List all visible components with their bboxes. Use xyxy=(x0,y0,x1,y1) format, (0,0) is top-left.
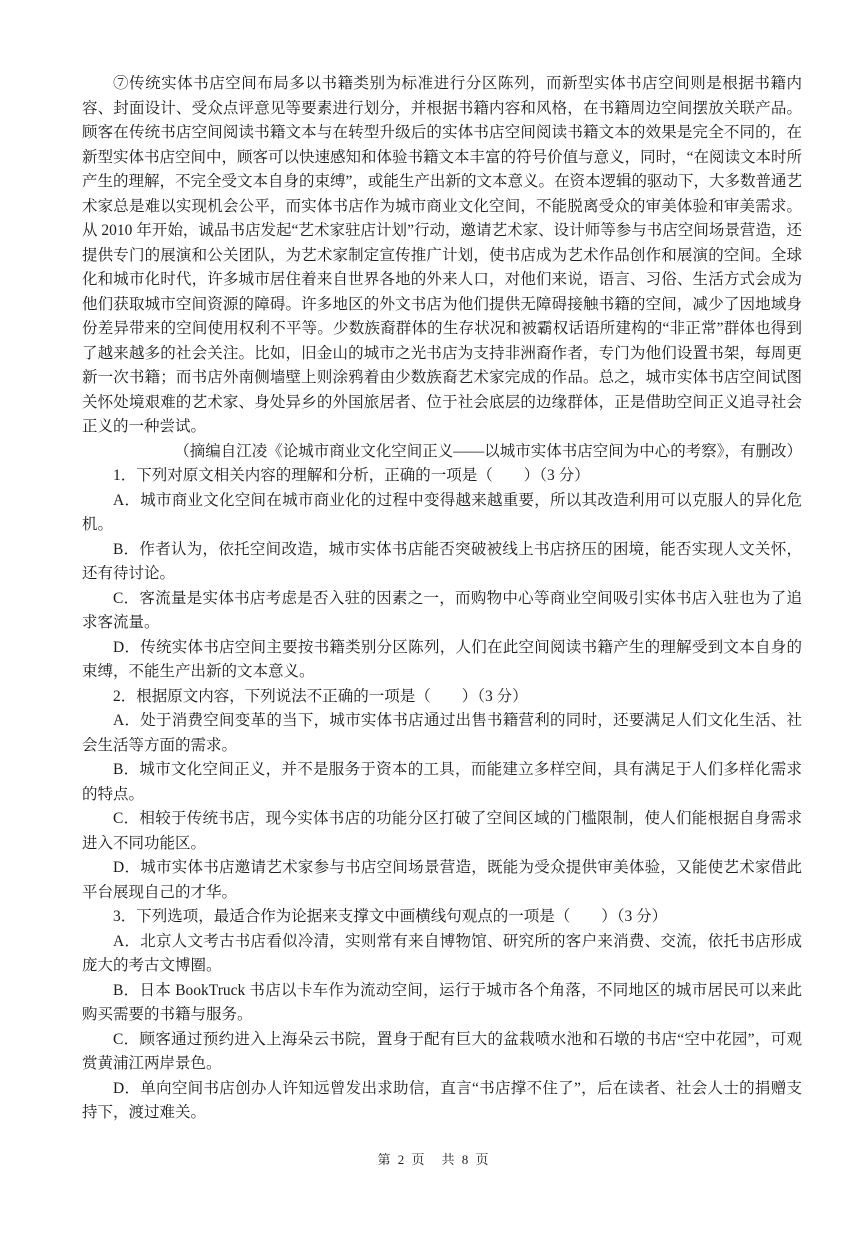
page-content: ⑦传统实体书店空间布局多以书籍类别为标准进行分区陈列，而新型实体书店空间则是根据… xyxy=(82,72,802,1126)
question-2-option-b: B．城市文化空间正义，并不是服务于资本的工具，而能建立多样空间，具有满足于人们多… xyxy=(82,758,802,807)
question-3-option-d-label: D． xyxy=(113,1080,140,1097)
question-3-option-b-label: B． xyxy=(113,982,139,999)
question-3-option-d: D．单向空间书店创办人许知远曾发出求助信，直言“书店撑不住了”，后在读者、社会人… xyxy=(82,1077,802,1126)
question-2-option-c-text: 相较于传统书店，现今实体书店的功能分区打破了空间区域的门槛限制，使人们能根据自身… xyxy=(82,810,802,852)
question-3-option-a-text: 北京人文考古书店看似冷清，实则常有来自博物馆、研究所的客户来消费、交流，依托书店… xyxy=(82,933,802,975)
question-3-option-b: B．日本 BookTruck 书店以卡车作为流动空间，运行于城市各个角落，不同地… xyxy=(82,979,802,1028)
question-3-option-d-text: 单向空间书店创办人许知远曾发出求助信，直言“书店撑不住了”，后在读者、社会人士的… xyxy=(82,1080,802,1122)
passage-citation: （摘编自江凌《论城市商业文化空间正义——以城市实体书店空间为中心的考察》，有删改… xyxy=(82,440,802,465)
question-3-number: 3． xyxy=(113,908,136,925)
question-2-option-a: A．处于消费空间变革的当下，城市实体书店通过出售书籍营利的同时，还要满足人们文化… xyxy=(82,709,802,758)
question-1-option-b-text: 作者认为，依托空间改造，城市实体书店能否突破被线上书店挤压的困境，能否实现人文关… xyxy=(82,541,802,583)
question-2-option-c: C．相较于传统书店，现今实体书店的功能分区打破了空间区域的门槛限制，使人们能根据… xyxy=(82,807,802,856)
question-2-option-c-label: C． xyxy=(113,810,139,827)
question-2-option-d: D．城市实体书店邀请艺术家参与书店空间场景营造，既能为受众提供审美体验，又能使艺… xyxy=(82,856,802,905)
question-3-text: 下列选项，最适合作为论据来支撑文中画横线句观点的一项是（ ）（3 分） xyxy=(136,908,667,925)
question-1-stem: 1．下列对原文相关内容的理解和分析，正确的一项是（ ）（3 分） xyxy=(82,464,802,489)
page-footer: 第 2 页 共 8 页 xyxy=(0,1150,868,1170)
question-1-option-a-text: 城市商业文化空间在城市商业化的过程中变得越来越重要，所以其改造利用可以克服人的异… xyxy=(82,492,802,534)
question-2-option-d-label: D． xyxy=(113,859,140,876)
question-1-option-c-text: 客流量是实体书店考虑是否入驻的因素之一，而购物中心等商业空间吸引实体书店入驻也为… xyxy=(82,590,802,632)
question-1-number: 1． xyxy=(113,467,136,484)
question-1-option-c: C．客流量是实体书店考虑是否入驻的因素之一，而购物中心等商业空间吸引实体书店入驻… xyxy=(82,587,802,636)
question-3-option-b-text: 日本 BookTruck 书店以卡车作为流动空间，运行于城市各个角落，不同地区的… xyxy=(82,982,802,1024)
question-1-text: 下列对原文相关内容的理解和分析，正确的一项是（ ）（3 分） xyxy=(136,467,589,484)
question-1-option-a-label: A． xyxy=(113,492,140,509)
question-2-option-a-text: 处于消费空间变革的当下，城市实体书店通过出售书籍营利的同时，还要满足人们文化生活… xyxy=(82,712,802,754)
question-1-option-c-label: C． xyxy=(113,590,139,607)
passage-paragraph: ⑦传统实体书店空间布局多以书籍类别为标准进行分区陈列，而新型实体书店空间则是根据… xyxy=(82,72,802,440)
question-1-option-b: B．作者认为，依托空间改造，城市实体书店能否突破被线上书店挤压的困境，能否实现人… xyxy=(82,538,802,587)
question-1-option-d: D．传统实体书店空间主要按书籍类别分区陈列，人们在此空间阅读书籍产生的理解受到文… xyxy=(82,636,802,685)
question-3-option-c-label: C． xyxy=(113,1031,139,1048)
question-2-option-a-label: A． xyxy=(113,712,140,729)
question-1-option-d-text: 传统实体书店空间主要按书籍类别分区陈列，人们在此空间阅读书籍产生的理解受到文本自… xyxy=(82,639,802,681)
exam-page: ⑦传统实体书店空间布局多以书籍类别为标准进行分区陈列，而新型实体书店空间则是根据… xyxy=(0,0,868,1240)
question-1-option-b-label: B． xyxy=(113,541,139,558)
question-3-option-a-label: A． xyxy=(113,933,140,950)
question-3-option-c: C．顾客通过预约进入上海朵云书院，置身于配有巨大的盆栽喷水池和石墩的书店“空中花… xyxy=(82,1028,802,1077)
question-2-text: 根据原文内容，下列说法不正确的一项是（ ）（3 分） xyxy=(136,688,527,705)
question-2-option-b-text: 城市文化空间正义，并不是服务于资本的工具，而能建立多样空间，具有满足于人们多样化… xyxy=(82,761,802,803)
question-3-stem: 3．下列选项，最适合作为论据来支撑文中画横线句观点的一项是（ ）（3 分） xyxy=(82,905,802,930)
question-1-option-d-label: D． xyxy=(113,639,140,656)
question-2-option-b-label: B． xyxy=(113,761,139,778)
question-2-stem: 2．根据原文内容，下列说法不正确的一项是（ ）（3 分） xyxy=(82,685,802,710)
question-2-option-d-text: 城市实体书店邀请艺术家参与书店空间场景营造，既能为受众提供审美体验，又能使艺术家… xyxy=(82,859,802,901)
question-3-option-c-text: 顾客通过预约进入上海朵云书院，置身于配有巨大的盆栽喷水池和石墩的书店“空中花园”… xyxy=(82,1031,802,1073)
question-2-number: 2． xyxy=(113,688,136,705)
question-1-option-a: A．城市商业文化空间在城市商业化的过程中变得越来越重要，所以其改造利用可以克服人… xyxy=(82,489,802,538)
question-3-option-a: A．北京人文考古书店看似冷清，实则常有来自博物馆、研究所的客户来消费、交流，依托… xyxy=(82,930,802,979)
